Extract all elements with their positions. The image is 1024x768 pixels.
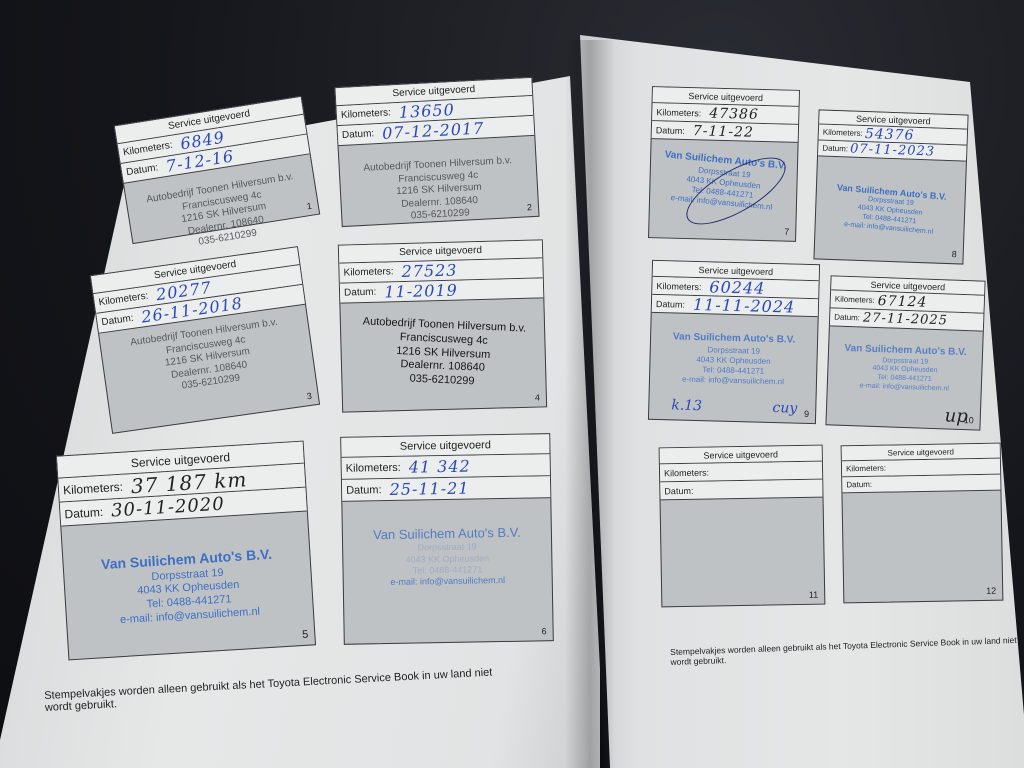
- dealer-stamp: Van Suilichem Auto's B.V. Dorpsstraat 19…: [814, 181, 965, 240]
- service-box-9: Service uitgevoerd Kilometers:60244 Datu…: [648, 260, 820, 424]
- date-value: 7-11-22: [693, 123, 754, 141]
- dealer-stamp: Van Suilichem Auto's B.V. Dorpsstraat 19…: [63, 543, 313, 630]
- service-box-1: Service uitgevoerd Kilometers:6849 Datum…: [114, 96, 320, 244]
- service-box-3: Service uitgevoerd Kilometers:20277 Datu…: [90, 246, 320, 434]
- box-number: 10: [964, 415, 974, 425]
- date-field: Datum:25-11-21: [342, 476, 550, 502]
- km-value: 41 342: [409, 457, 471, 477]
- date-value: 07-12-2017: [382, 119, 485, 143]
- km-label: Kilometers:: [122, 140, 173, 159]
- service-box-12: Service uitgevoerd Kilometers: Datum: 12: [841, 443, 1004, 604]
- dealer-stamp: Van Suilichem Auto's B.V. Dorpsstraat 19…: [828, 342, 983, 395]
- service-box-11: Service uitgevoerd Kilometers: Datum: 11: [659, 445, 826, 608]
- date-value: 25-11-21: [389, 479, 469, 499]
- box-number: 5: [302, 629, 309, 641]
- service-box-10: Service uitgevoerd Kilometers:67124 Datu…: [825, 275, 985, 430]
- km-value: 27523: [401, 261, 457, 281]
- date-value: 27-11-2025: [863, 310, 948, 328]
- box-number: 8: [952, 249, 957, 259]
- box-number: 3: [306, 391, 312, 402]
- box-number: 2: [527, 202, 533, 212]
- dealer-stamp: Van Suilichem Auto's B.V. Dorpsstraat 19…: [343, 524, 552, 589]
- service-box-5: Service uitgevoerd Kilometers:37 187 km …: [56, 441, 316, 661]
- km-value: 47386: [709, 105, 759, 122]
- dealer-stamp: Van Suilichem Auto's B.V. Dorpsstraat 19…: [650, 331, 817, 388]
- date-field: Datum:: [660, 480, 822, 501]
- km-value: 67124: [878, 293, 928, 311]
- box-number: 7: [784, 227, 789, 237]
- km-value: 13650: [398, 100, 455, 122]
- date-value: 11-11-2024: [693, 295, 796, 317]
- service-box-2: Service uitgevoerd Kilometers:13650 Datu…: [334, 77, 539, 227]
- box-number: 6: [542, 626, 547, 636]
- box-number: 12: [986, 586, 996, 596]
- km-value: 60244: [709, 277, 765, 297]
- date-value: 30-11-2020: [110, 494, 225, 522]
- handwritten-initials: cuy: [772, 400, 797, 417]
- date-value: 11-2019: [384, 281, 458, 302]
- box-number: 4: [535, 392, 540, 402]
- date-field: Datum:: [842, 475, 1000, 494]
- date-field: Datum:11-2019: [340, 278, 543, 303]
- service-box-8: Service uitgevoerd Kilometers:54376 Datu…: [813, 109, 968, 264]
- service-box-7: Service uitgevoerd Kilometers:47386 Datu…: [648, 86, 800, 242]
- date-field: Datum:7-11-22: [652, 121, 798, 143]
- dealer-stamp: Van Suilichem Auto's B.V. Dorpsstraat 19…: [648, 148, 798, 214]
- service-box-4: Service uitgevoerd Kilometers:27523 Datu…: [338, 239, 547, 412]
- handwritten-note: k.13: [671, 397, 702, 414]
- date-field: Datum:11-11-2024: [652, 295, 818, 317]
- km-value: 54376: [865, 126, 915, 144]
- date-label: Datum:: [125, 162, 159, 178]
- box-number: 9: [804, 409, 809, 419]
- date-value: 07-11-2023: [850, 142, 935, 160]
- dealer-stamp: Autobedrijf Toonen Hilversum b.v. Franci…: [340, 315, 546, 393]
- service-box-6: Service uitgevoerd Kilometers:41 342 Dat…: [340, 433, 554, 645]
- dealer-stamp: Autobedrijf Toonen Hilversum b.v. Franci…: [340, 154, 539, 227]
- box-number: 11: [809, 590, 819, 600]
